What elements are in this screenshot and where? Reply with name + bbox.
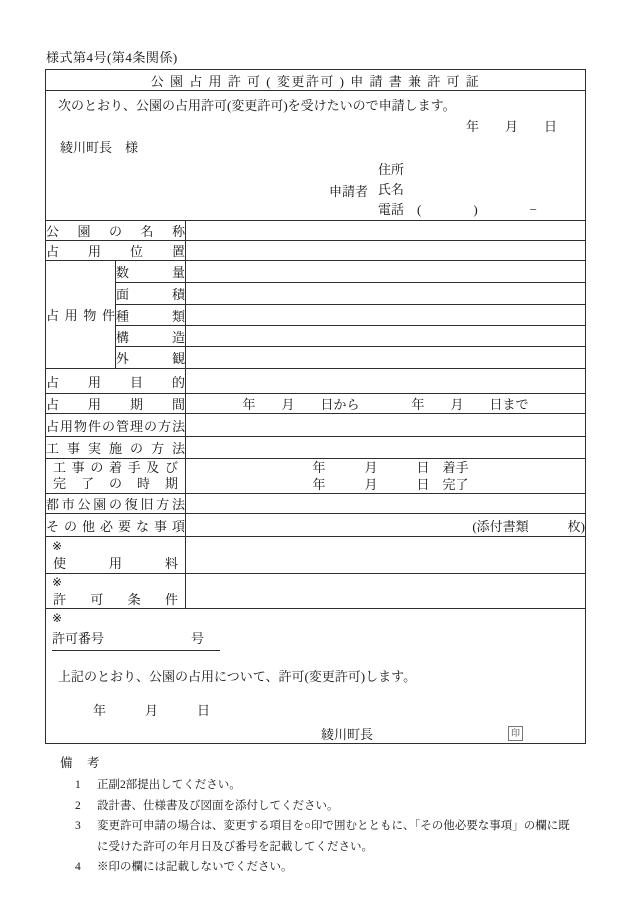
kind-value — [186, 305, 586, 326]
remarks-heading: 備 考 — [60, 753, 570, 773]
form-number: 様式第4号(第4条関係) — [46, 47, 585, 66]
application-date: 年 月 日 — [46, 117, 585, 136]
period-label: 占用期間 — [46, 394, 186, 414]
quantity-label: 数量 — [116, 261, 186, 283]
fee-label-cell: ※ 使用料 — [46, 537, 186, 574]
application-statement: 次のとおり、公園の占用許可(変更許可)を受けたいので申請します。 — [46, 91, 585, 115]
permit-office-use-mark: ※ — [46, 609, 585, 625]
permit-number-line: 許可番号 号 — [52, 628, 585, 651]
remark-number: 3 — [75, 816, 97, 857]
construction-schedule-label: 工事の着手及び 完了の時期 — [46, 459, 186, 494]
applicant-block: 申請者 住所 氏名 電話 ( ) − — [329, 160, 585, 220]
permit-section-cell: ※ 許可番号 号 上記のとおり、公園の占用について、許可(変更許可)します。 年… — [46, 609, 586, 744]
permit-number-underline: 許可番号 号 — [52, 628, 220, 651]
construction-schedule-value: 年 月 日 着手 年 月 日 完了 — [186, 459, 586, 494]
appearance-value — [186, 347, 586, 369]
schedule-label-line2: 完了の時期 — [46, 476, 185, 492]
applicant-label: 申請者 — [329, 181, 378, 200]
remarks-section: 備 考 1 正副2部提出してください。 2 設計書、仕様書及び図面を添付してくだ… — [60, 753, 570, 878]
occupancy-position-label: 占用位置 — [46, 241, 186, 261]
document-page: 様式第4号(第4条関係) 公 園 占 用 許 可 ( 変更許可 ) 申 請 書 … — [0, 0, 630, 903]
remark-number: 2 — [75, 796, 97, 817]
fee-label: 使用料 — [46, 555, 185, 572]
grant-statement: 上記のとおり、公園の占用について、許可(変更許可)します。 — [58, 666, 585, 685]
fee-office-use-mark: ※ — [46, 538, 185, 553]
issuer-name: 綾川町長 — [321, 724, 373, 743]
construction-method-value — [186, 437, 586, 459]
seal-mark-icon: 印 — [508, 726, 523, 741]
schedule-end-value: 年 月 日 完了 — [186, 476, 585, 493]
permit-number-suffix: 号 — [191, 628, 204, 647]
period-value: 年 月 日から 年 月 日まで — [186, 394, 586, 414]
name-field-label: 氏名 — [378, 180, 537, 200]
remark-text: 変更許可申請の場合は、変更する項目を○印で囲むとともに、「その他必要な事項」の欄… — [97, 816, 570, 857]
quantity-value — [186, 261, 586, 283]
addressee: 綾川町長 様 — [46, 138, 585, 157]
applicant-fields: 住所 氏名 電話 ( ) − — [378, 160, 537, 220]
address-field-label: 住所 — [378, 160, 537, 180]
phone-field-label: 電話 ( ) − — [378, 200, 537, 220]
appearance-label: 外観 — [116, 347, 186, 369]
application-header-cell: 次のとおり、公園の占用許可(変更許可)を受けたいので申請します。 年 月 日 綾… — [46, 91, 586, 221]
attachment-note: (添付書類 枚) — [186, 514, 586, 537]
other-items-label: その他必要な事項 — [46, 514, 186, 537]
purpose-label: 占用目的 — [46, 369, 186, 394]
schedule-start-value: 年 月 日 着手 — [186, 459, 585, 476]
permit-number-label: 許可番号 — [52, 628, 104, 647]
grant-date: 年 月 日 — [93, 700, 585, 719]
application-form-table: 公 園 占 用 許 可 ( 変更許可 ) 申 請 書 兼 許 可 証 次のとおり… — [45, 69, 586, 744]
remark-number: 4 — [75, 857, 97, 878]
remark-item: 4 ※印の欄には記載しないでください。 — [75, 857, 570, 878]
management-method-value — [186, 414, 586, 437]
purpose-value — [186, 369, 586, 394]
remark-item: 2 設計書、仕様書及び図面を添付してください。 — [75, 796, 570, 817]
condition-label: 許可条件 — [46, 591, 185, 608]
issuer-line: 綾川町長 印 — [321, 724, 585, 743]
remark-text: 設計書、仕様書及び図面を添付してください。 — [97, 796, 339, 817]
remark-text: 正副2部提出してください。 — [97, 775, 241, 796]
structure-value — [186, 326, 586, 347]
kind-label: 種類 — [116, 305, 186, 326]
occupancy-position-value — [186, 241, 586, 261]
condition-label-cell: ※ 許可条件 — [46, 574, 186, 609]
remark-item: 3 変更許可申請の場合は、変更する項目を○印で囲むとともに、「その他必要な事項」… — [75, 816, 570, 857]
remark-item: 1 正副2部提出してください。 — [75, 775, 570, 796]
remark-number: 1 — [75, 775, 97, 796]
park-name-label: 公園の名称 — [46, 221, 186, 241]
remark-text: ※印の欄には記載しないでください。 — [97, 857, 293, 878]
schedule-label-line1: 工事の着手及び — [46, 460, 185, 476]
area-value — [186, 283, 586, 305]
restoration-method-value — [186, 494, 586, 514]
condition-value — [186, 574, 586, 609]
management-method-label: 占用物件の管理の方法 — [46, 414, 186, 437]
structure-label: 構造 — [116, 326, 186, 347]
occupied-property-label: 占用物件 — [46, 261, 116, 369]
construction-method-label: 工事実施の方法 — [46, 437, 186, 459]
restoration-method-label: 都市公園の復旧方法 — [46, 494, 186, 514]
area-label: 面積 — [116, 283, 186, 305]
form-title: 公 園 占 用 許 可 ( 変更許可 ) 申 請 書 兼 許 可 証 — [46, 70, 586, 91]
park-name-value — [186, 221, 586, 241]
fee-value — [186, 537, 586, 574]
condition-office-use-mark: ※ — [46, 574, 185, 589]
